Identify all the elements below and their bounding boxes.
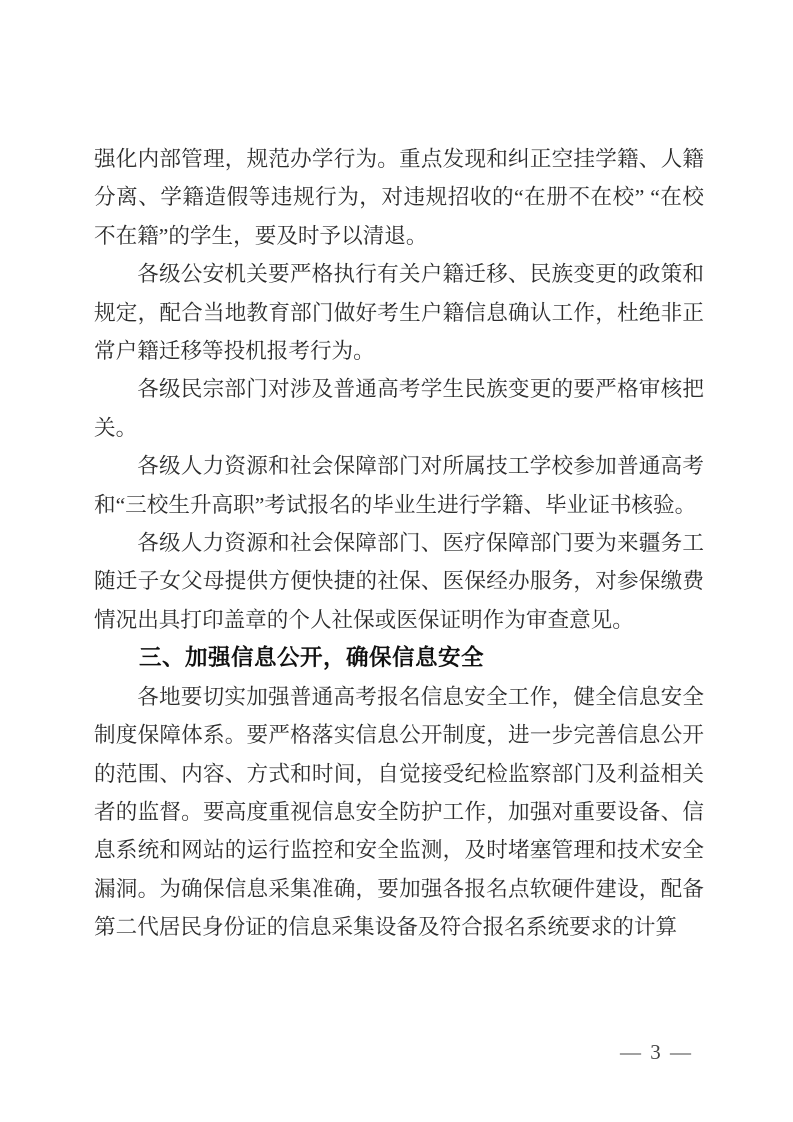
paragraph-5: 各级人力资源和社会保障部门、医疗保障部门要为来疆务工随迁子女父母提供方便快捷的社…: [94, 524, 704, 639]
section-heading: 三、加强信息公开，确保信息安全: [94, 639, 704, 677]
closing-paragraph: 各地要切实加强普通高考报名信息安全工作，健全信息安全制度保障体系。要严格落实信息…: [94, 678, 704, 947]
paragraph-2: 各级公安机关要严格执行有关户籍迁移、民族变更的政策和规定，配合当地教育部门做好考…: [94, 255, 704, 370]
document-page: 强化内部管理，规范办学行为。重点发现和纠正空挂学籍、人籍分离、学籍造假等违规行为…: [0, 0, 793, 1122]
page-number: — 3 —: [620, 1040, 693, 1064]
paragraph-1: 强化内部管理，规范办学行为。重点发现和纠正空挂学籍、人籍分离、学籍造假等违规行为…: [94, 140, 704, 255]
paragraph-3: 各级民宗部门对涉及普通高考学生民族变更的要严格审核把关。: [94, 370, 704, 447]
paragraph-4: 各级人力资源和社会保障部门对所属技工学校参加普通高考和“三校生升高职”考试报名的…: [94, 447, 704, 524]
document-body: 强化内部管理，规范办学行为。重点发现和纠正空挂学籍、人籍分离、学籍造假等违规行为…: [94, 140, 704, 947]
